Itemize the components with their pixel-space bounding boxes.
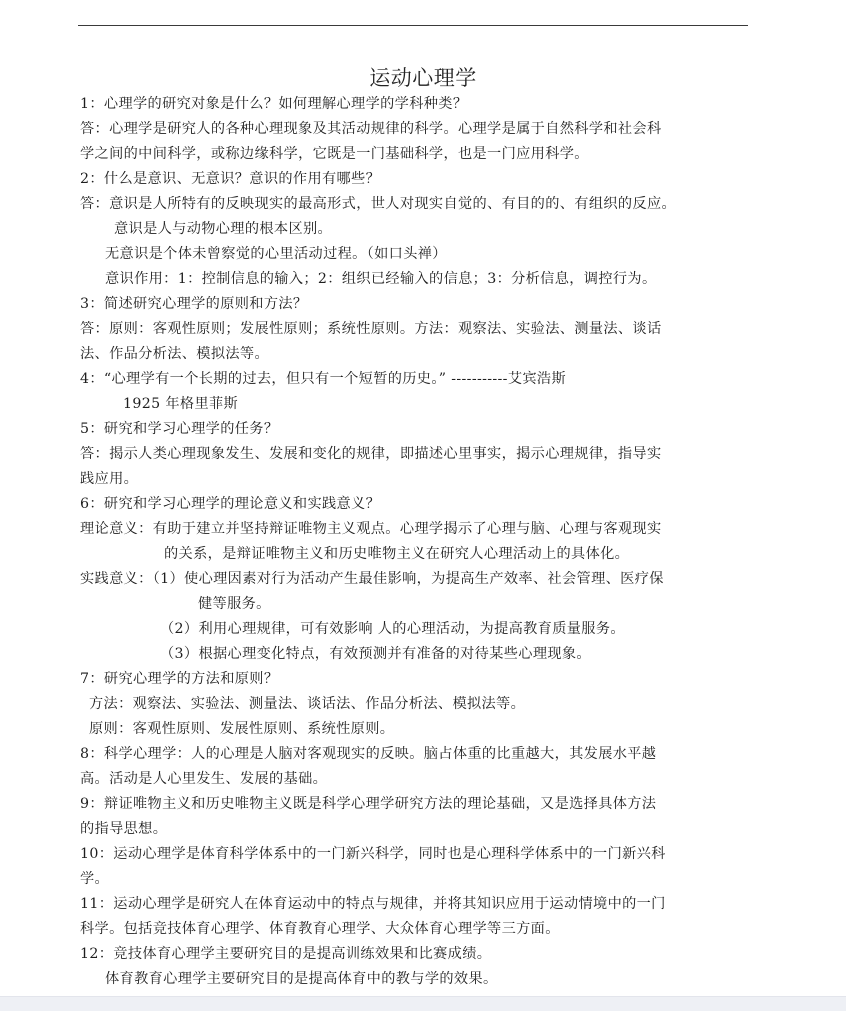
text-line: 意识是人与动物心理的根本区别。 xyxy=(114,219,332,239)
text-line: 原则：客观性原则、发展性原则、系统性原则。 xyxy=(89,719,394,739)
text-line: 2：什么是意识、无意识？意识的作用有哪些？ xyxy=(80,169,380,189)
text-line: 9：辩证唯物主义和历史唯物主义既是科学心理学研究方法的理论基础，又是选择具体方法 xyxy=(80,794,656,814)
text-line: 10：运动心理学是体育科学体系中的一门新兴科学，同时也是心理科学体系中的一门新兴… xyxy=(80,844,666,864)
text-line: 11：运动心理学是研究人在体育运动中的特点与规律，并将其知识应用于运动情境中的一… xyxy=(80,894,666,914)
text-line: 实践意义：（1）使心理因素对行为活动产生最佳影响，为提高生产效率、社会管理、医疗… xyxy=(80,569,664,589)
text-line: 体育教育心理学主要研究目的是提高体育中的教与学的效果。 xyxy=(105,969,498,989)
text-line: 科学。包括竞技体育心理学、体育教育心理学、大众体育心理学等三方面。 xyxy=(80,919,560,939)
text-line: 无意识是个体未曾察觉的心里活动过程。（如口头禅） xyxy=(105,244,447,264)
text-line: 1925 年格里菲斯 xyxy=(123,394,238,414)
text-line: 健等服务。 xyxy=(198,594,271,614)
text-line: （2）利用心理规律，可有效影响 人的心理活动，为提高教育质量服务。 xyxy=(160,619,625,639)
text-line: 理论意义：有助于建立并坚持辩证唯物主义观点。心理学揭示了心理与脑、心理与客观现实 xyxy=(80,519,662,539)
text-line: 答：揭示人类心理现象发生、发展和变化的规律，即描述心里事实，揭示心理规律，指导实 xyxy=(80,444,662,464)
text-line: 4：“心理学有一个长期的过去，但只有一个短暂的历史。” -----------艾… xyxy=(80,369,566,389)
header-rule xyxy=(78,25,748,26)
text-line: 方法：观察法、实验法、测量法、谈话法、作品分析法、模拟法等。 xyxy=(89,694,525,714)
text-line: 的关系，是辩证唯物主义和历史唯物主义在研究人心理活动上的具体化。 xyxy=(164,544,629,564)
text-line: 学。 xyxy=(80,869,109,889)
viewer-bottom-bar xyxy=(0,996,846,1011)
text-line: （3）根据心理变化特点，有效预测并有准备的对待某些心理现象。 xyxy=(160,644,591,664)
text-line: 践应用。 xyxy=(80,469,138,489)
text-line: 高。活动是人心里发生、发展的基础。 xyxy=(80,769,327,789)
text-line: 答：心理学是研究人的各种心理现象及其活动规律的科学。心理学是属于自然科学和社会科 xyxy=(80,119,662,139)
text-line: 3：简述研究心理学的原则和方法？ xyxy=(80,294,307,314)
text-line: 法、作品分析法、模拟法等。 xyxy=(80,344,269,364)
text-line: 12：竞技体育心理学主要研究目的是提高训练效果和比赛成绩。 xyxy=(80,944,491,964)
document-title: 运动心理学 xyxy=(0,62,846,92)
text-line: 1：心理学的研究对象是什么？如何理解心理学的学科种类？ xyxy=(80,94,467,114)
document-page: 运动心理学 1：心理学的研究对象是什么？如何理解心理学的学科种类？答：心理学是研… xyxy=(0,0,846,996)
text-line: 5：研究和学习心理学的任务？ xyxy=(80,419,278,439)
text-line: 的指导思想。 xyxy=(80,819,167,839)
text-line: 6：研究和学习心理学的理论意义和实践意义？ xyxy=(80,494,380,514)
text-line: 8：科学心理学：人的心理是人脑对客观现实的反映。脑占体重的比重越大，其发展水平越 xyxy=(80,744,656,764)
text-line: 答：原则：客观性原则；发展性原则；系统性原则。方法：观察法、实验法、测量法、谈话 xyxy=(80,319,662,339)
text-line: 7：研究心理学的方法和原则？ xyxy=(80,669,278,689)
text-line: 意识作用：1：控制信息的输入；2：组织已经输入的信息；3：分析信息，调控行为。 xyxy=(105,269,656,289)
text-line: 答：意识是人所特有的反映现实的最高形式，世人对现实自觉的、有目的的、有组织的反应… xyxy=(80,194,676,214)
text-line: 学之间的中间科学，或称边缘科学，它既是一门基础科学，也是一门应用科学。 xyxy=(80,144,589,164)
